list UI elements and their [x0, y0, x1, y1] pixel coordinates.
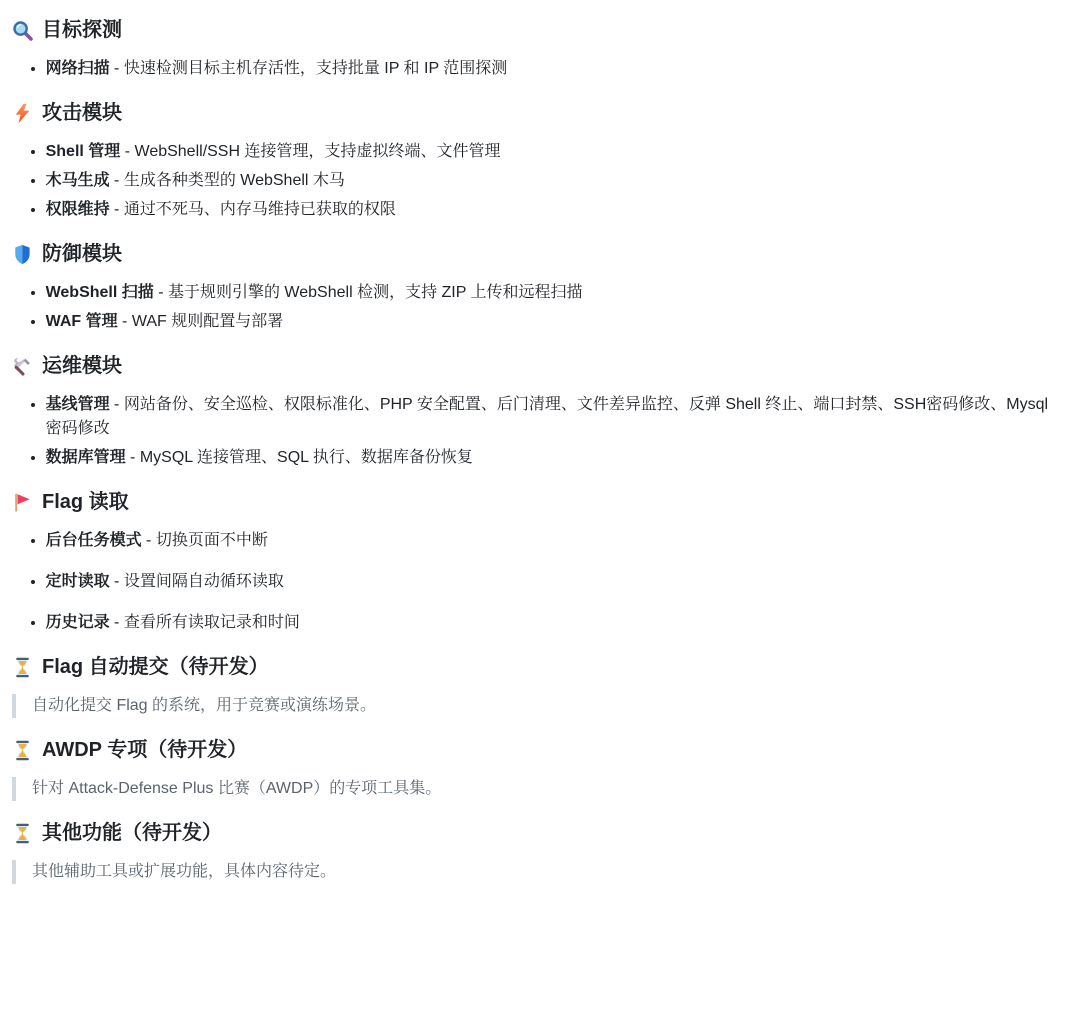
- separator: -: [126, 449, 140, 466]
- section-heading: Flag 自动提交（待开发）: [12, 655, 1060, 680]
- feature-list: 基线管理 - 网站备份、安全巡检、权限标准化、PHP 安全配置、后门清理、文件差…: [12, 393, 1060, 470]
- note-text: 自动化提交 Flag 的系统，用于竞赛或演练场景。: [32, 694, 1044, 718]
- feature-term: 数据库管理: [46, 449, 126, 466]
- list-item: 权限维持 - 通过不死马、内存马维持已获取的权限: [46, 198, 1060, 222]
- separator: -: [110, 573, 124, 590]
- separator: -: [154, 284, 168, 301]
- feature-term: 权限维持: [46, 201, 110, 218]
- note-quote: 针对 Attack-Defense Plus 比赛（AWDP）的专项工具集。: [12, 777, 1060, 801]
- feature-term: 网络扫描: [46, 60, 110, 77]
- hourglass-icon: [12, 823, 33, 844]
- list-item: 历史记录 - 查看所有读取记录和时间: [46, 611, 1060, 635]
- section-title: Flag 读取: [42, 490, 129, 515]
- list-item: Shell 管理 - WebShell/SSH 连接管理，支持虚拟终端、文件管理: [46, 140, 1060, 164]
- feature-desc: 切换页面不中断: [156, 532, 268, 549]
- feature-list: Shell 管理 - WebShell/SSH 连接管理，支持虚拟终端、文件管理…: [12, 140, 1060, 222]
- section-flag-submit: Flag 自动提交（待开发） 自动化提交 Flag 的系统，用于竞赛或演练场景。: [12, 655, 1060, 718]
- separator: -: [110, 60, 124, 77]
- section-target-detection: 目标探测 网络扫描 - 快速检测目标主机存活性，支持批量 IP 和 IP 范围探…: [12, 18, 1060, 81]
- note-text: 针对 Attack-Defense Plus 比赛（AWDP）的专项工具集。: [32, 777, 1044, 801]
- feature-desc: 基于规则引擎的 WebShell 检测，支持 ZIP 上传和远程扫描: [168, 284, 583, 301]
- feature-term: 定时读取: [46, 573, 110, 590]
- section-title: AWDP 专项（待开发）: [42, 738, 247, 763]
- section-heading: AWDP 专项（待开发）: [12, 738, 1060, 763]
- feature-desc: 网站备份、安全巡检、权限标准化、PHP 安全配置、后门清理、文件差异监控、反弹 …: [46, 396, 1048, 437]
- feature-term: 基线管理: [46, 396, 110, 413]
- feature-term: Shell 管理: [46, 143, 121, 160]
- shield-icon: [12, 244, 33, 265]
- list-item: 后台任务模式 - 切换页面不中断: [46, 529, 1060, 553]
- separator: -: [110, 201, 124, 218]
- section-title: 目标探测: [42, 18, 122, 43]
- section-heading: 其他功能（待开发）: [12, 821, 1060, 846]
- feature-term: WAF 管理: [46, 313, 118, 330]
- section-ops: 运维模块 基线管理 - 网站备份、安全巡检、权限标准化、PHP 安全配置、后门清…: [12, 354, 1060, 470]
- hourglass-icon: [12, 657, 33, 678]
- separator: -: [120, 143, 134, 160]
- section-flag-read: Flag 读取 后台任务模式 - 切换页面不中断 定时读取 - 设置间隔自动循环…: [12, 490, 1060, 635]
- section-title: Flag 自动提交（待开发）: [42, 655, 269, 680]
- section-heading: Flag 读取: [12, 490, 1060, 515]
- feature-list: WebShell 扫描 - 基于规则引擎的 WebShell 检测，支持 ZIP…: [12, 281, 1060, 334]
- section-attack: 攻击模块 Shell 管理 - WebShell/SSH 连接管理，支持虚拟终端…: [12, 101, 1060, 222]
- separator: -: [118, 313, 132, 330]
- feature-desc: 查看所有读取记录和时间: [124, 614, 300, 631]
- lightning-icon: [12, 103, 33, 124]
- readme-document: 目标探测 网络扫描 - 快速检测目标主机存活性，支持批量 IP 和 IP 范围探…: [12, 18, 1060, 884]
- section-defense: 防御模块 WebShell 扫描 - 基于规则引擎的 WebShell 检测，支…: [12, 242, 1060, 334]
- separator: -: [110, 614, 124, 631]
- list-item: WAF 管理 - WAF 规则配置与部署: [46, 310, 1060, 334]
- section-heading: 攻击模块: [12, 101, 1060, 126]
- feature-desc: MySQL 连接管理、SQL 执行、数据库备份恢复: [140, 449, 473, 466]
- section-heading: 防御模块: [12, 242, 1060, 267]
- note-quote: 其他辅助工具或扩展功能，具体内容待定。: [12, 860, 1060, 884]
- section-heading: 目标探测: [12, 18, 1060, 43]
- feature-desc: WAF 规则配置与部署: [132, 313, 283, 330]
- feature-term: 木马生成: [46, 172, 110, 189]
- note-quote: 自动化提交 Flag 的系统，用于竞赛或演练场景。: [12, 694, 1060, 718]
- section-awdp: AWDP 专项（待开发） 针对 Attack-Defense Plus 比赛（A…: [12, 738, 1060, 801]
- section-title: 运维模块: [42, 354, 122, 379]
- feature-list: 网络扫描 - 快速检测目标主机存活性，支持批量 IP 和 IP 范围探测: [12, 57, 1060, 81]
- hammer-wrench-icon: [12, 356, 33, 377]
- separator: -: [110, 396, 124, 413]
- feature-list: 后台任务模式 - 切换页面不中断 定时读取 - 设置间隔自动循环读取 历史记录 …: [12, 529, 1060, 635]
- feature-term: 历史记录: [46, 614, 110, 631]
- feature-desc: 生成各种类型的 WebShell 木马: [124, 172, 345, 189]
- feature-desc: 通过不死马、内存马维持已获取的权限: [124, 201, 396, 218]
- separator: -: [110, 172, 124, 189]
- section-heading: 运维模块: [12, 354, 1060, 379]
- feature-desc: WebShell/SSH 连接管理，支持虚拟终端、文件管理: [135, 143, 501, 160]
- list-item: 基线管理 - 网站备份、安全巡检、权限标准化、PHP 安全配置、后门清理、文件差…: [46, 393, 1060, 441]
- feature-desc: 快速检测目标主机存活性，支持批量 IP 和 IP 范围探测: [124, 60, 507, 77]
- section-other: 其他功能（待开发） 其他辅助工具或扩展功能，具体内容待定。: [12, 821, 1060, 884]
- list-item: WebShell 扫描 - 基于规则引擎的 WebShell 检测，支持 ZIP…: [46, 281, 1060, 305]
- magnifier-icon: [12, 20, 33, 41]
- feature-term: WebShell 扫描: [46, 284, 154, 301]
- flag-icon: [12, 492, 33, 513]
- separator: -: [142, 532, 156, 549]
- section-title: 防御模块: [42, 242, 122, 267]
- list-item: 木马生成 - 生成各种类型的 WebShell 木马: [46, 169, 1060, 193]
- list-item: 数据库管理 - MySQL 连接管理、SQL 执行、数据库备份恢复: [46, 446, 1060, 470]
- feature-desc: 设置间隔自动循环读取: [124, 573, 284, 590]
- section-title: 攻击模块: [42, 101, 122, 126]
- list-item: 定时读取 - 设置间隔自动循环读取: [46, 570, 1060, 594]
- hourglass-icon: [12, 740, 33, 761]
- note-text: 其他辅助工具或扩展功能，具体内容待定。: [32, 860, 1044, 884]
- list-item: 网络扫描 - 快速检测目标主机存活性，支持批量 IP 和 IP 范围探测: [46, 57, 1060, 81]
- feature-term: 后台任务模式: [46, 532, 142, 549]
- section-title: 其他功能（待开发）: [42, 821, 222, 846]
